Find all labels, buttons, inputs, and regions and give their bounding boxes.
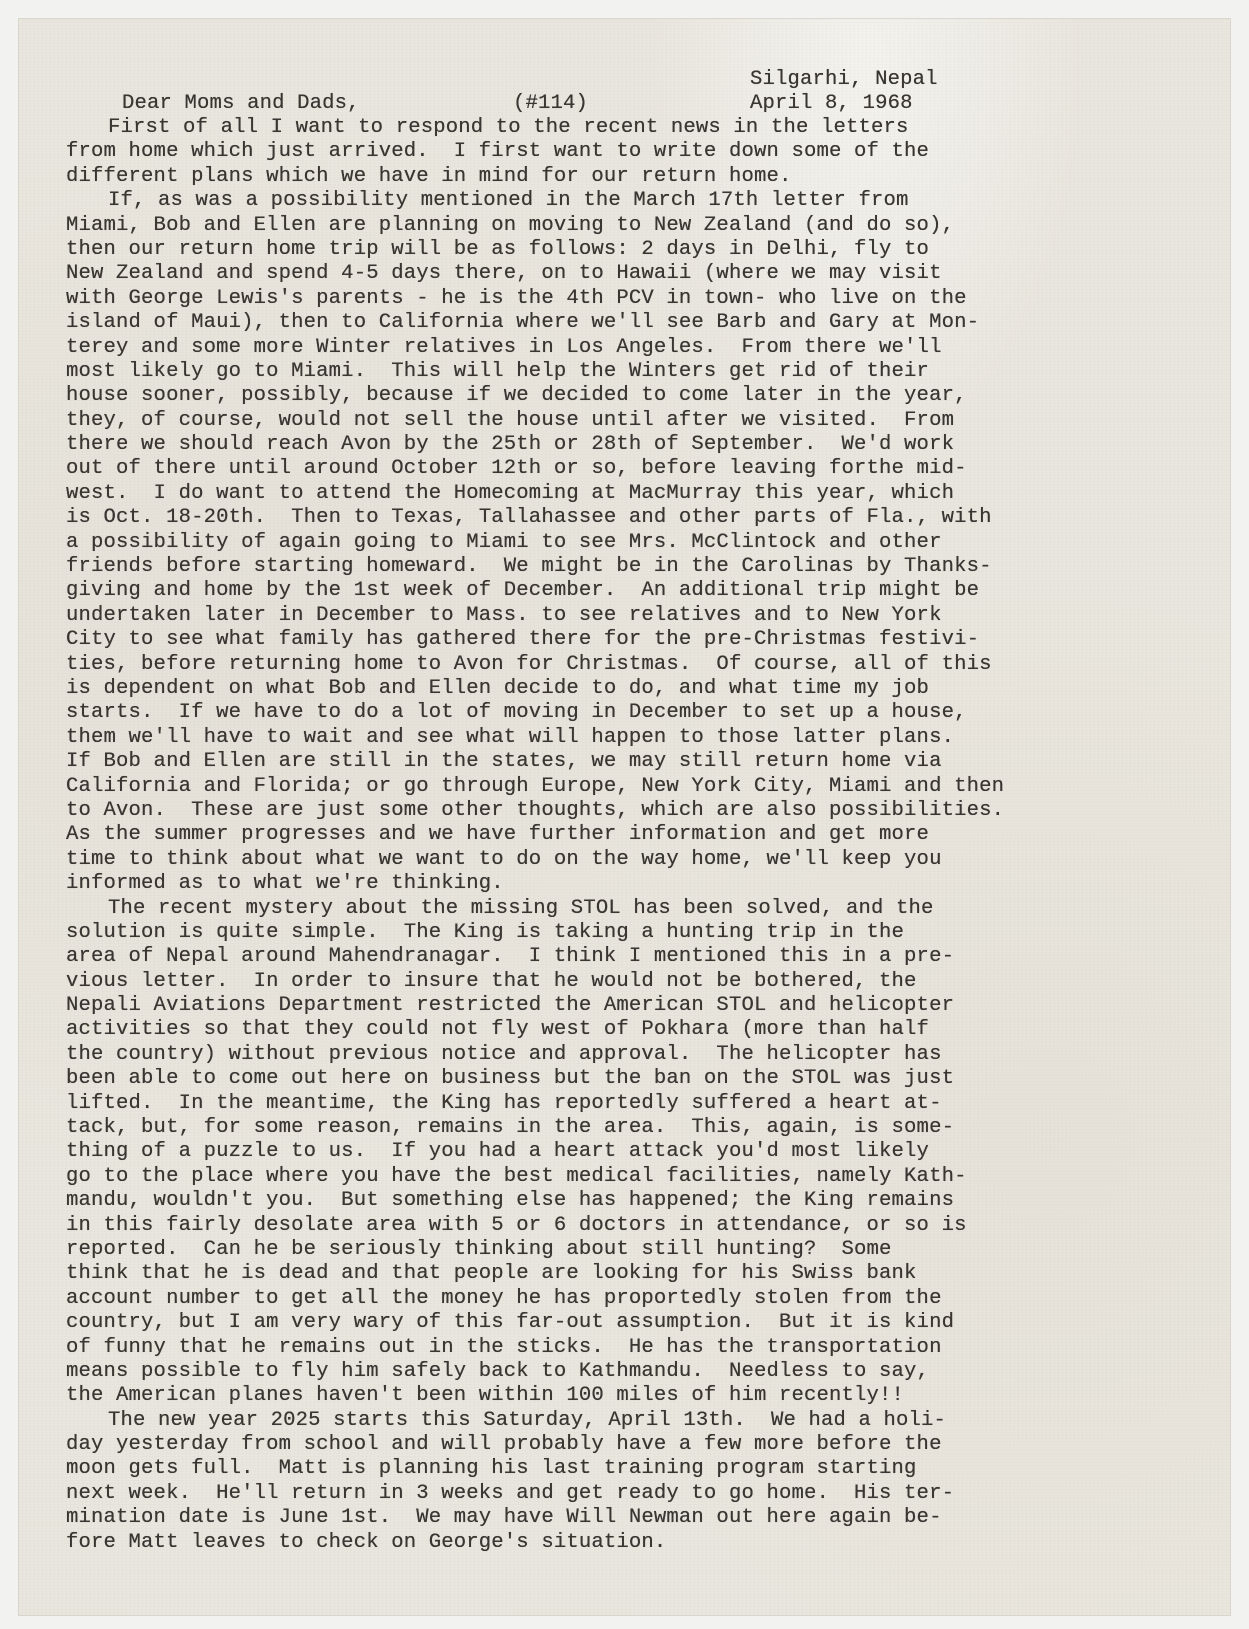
letter-line: undertaken later in December to Mass. to… <box>66 604 1004 628</box>
letter-line: of funny that he remains out in the stic… <box>66 1336 1004 1360</box>
letter-line: California and Florida; or go through Eu… <box>66 775 1004 799</box>
letter-line: they, of course, would not sell the hous… <box>66 409 1004 433</box>
letter-line: the American planes haven't been within … <box>66 1384 1004 1408</box>
letter-line: day yesterday from school and will proba… <box>66 1433 1004 1457</box>
letter-line: the country) without previous notice and… <box>66 1043 1004 1067</box>
letter-line: them we'll have to wait and see what wil… <box>66 726 1004 750</box>
letter-line: there we should reach Avon by the 25th o… <box>66 433 1004 457</box>
letter-line: out of there until around October 12th o… <box>66 457 1004 481</box>
letter-line: solution is quite simple. The King is ta… <box>66 921 1004 945</box>
letter-line: mination date is June 1st. We may have W… <box>66 1506 1004 1530</box>
letter-line: most likely go to Miami. This will help … <box>66 360 1004 384</box>
letter-line: time to think about what we want to do o… <box>66 848 1004 872</box>
letter-page: Silgarhi, Nepal Dear Moms and Dads, (#11… <box>18 18 1231 1616</box>
letter-line: The new year 2025 starts this Saturday, … <box>66 1409 1004 1433</box>
letter-line: terey and some more Winter relatives in … <box>66 336 1004 360</box>
letter-line: If Bob and Ellen are still in the states… <box>66 750 1004 774</box>
letter-line: think that he is dead and that people ar… <box>66 1262 1004 1286</box>
letter-line: thing of a puzzle to us. If you had a he… <box>66 1140 1004 1164</box>
letter-line: with George Lewis's parents - he is the … <box>66 287 1004 311</box>
letter-line: informed as to what we're thinking. <box>66 872 1004 896</box>
letter-line: is dependent on what Bob and Ellen decid… <box>66 677 1004 701</box>
letter-line: area of Nepal around Mahendranagar. I th… <box>66 945 1004 969</box>
letter-body: First of all I want to respond to the re… <box>66 116 1004 1555</box>
letter-line: country, but I am very wary of this far-… <box>66 1311 1004 1335</box>
letter-line: friends before starting homeward. We mig… <box>66 555 1004 579</box>
letter-line: account number to get all the money he h… <box>66 1287 1004 1311</box>
letter-line: house sooner, possibly, because if we de… <box>66 384 1004 408</box>
letter-line: ties, before returning home to Avon for … <box>66 653 1004 677</box>
letter-line: different plans which we have in mind fo… <box>66 165 1004 189</box>
letter-line: is Oct. 18-20th. Then to Texas, Tallahas… <box>66 506 1004 530</box>
sender-location: Silgarhi, Nepal <box>750 68 938 92</box>
letter-line: from home which just arrived. I first wa… <box>66 140 1004 164</box>
letter-line: means possible to fly him safely back to… <box>66 1360 1004 1384</box>
letter-line: The recent mystery about the missing STO… <box>66 897 1004 921</box>
letter-line: island of Maui), then to California wher… <box>66 311 1004 335</box>
letter-line: then our return home trip will be as fol… <box>66 238 1004 262</box>
letter-line: New Zealand and spend 4-5 days there, on… <box>66 262 1004 286</box>
letter-line: As the summer progresses and we have fur… <box>66 823 1004 847</box>
letter-line: moon gets full. Matt is planning his las… <box>66 1457 1004 1481</box>
letter-line: go to the place where you have the best … <box>66 1165 1004 1189</box>
letter-line: lifted. In the meantime, the King has re… <box>66 1092 1004 1116</box>
letter-line: starts. If we have to do a lot of moving… <box>66 701 1004 725</box>
letter-line: to Avon. These are just some other thoug… <box>66 799 1004 823</box>
letter-line: City to see what family has gathered the… <box>66 628 1004 652</box>
letter-date: April 8, 1968 <box>750 92 913 116</box>
letter-line: Nepali Aviations Department restricted t… <box>66 994 1004 1018</box>
letter-line: If, as was a possibility mentioned in th… <box>66 189 1004 213</box>
letter-line: next week. He'll return in 3 weeks and g… <box>66 1482 1004 1506</box>
letter-line: west. I do want to attend the Homecoming… <box>66 482 1004 506</box>
letter-line: giving and home by the 1st week of Decem… <box>66 579 1004 603</box>
letter-line: First of all I want to respond to the re… <box>66 116 1004 140</box>
letter-number: (#114) <box>513 92 588 116</box>
letter-line: fore Matt leaves to check on George's si… <box>66 1531 1004 1555</box>
letter-line: in this fairly desolate area with 5 or 6… <box>66 1214 1004 1238</box>
letter-line: mandu, wouldn't you. But something else … <box>66 1189 1004 1213</box>
letter-line: a possibility of again going to Miami to… <box>66 531 1004 555</box>
letter-line: been able to come out here on business b… <box>66 1067 1004 1091</box>
letter-line: Miami, Bob and Ellen are planning on mov… <box>66 214 1004 238</box>
salutation: Dear Moms and Dads, <box>122 92 360 116</box>
letter-line: reported. Can he be seriously thinking a… <box>66 1238 1004 1262</box>
letter-line: tack, but, for some reason, remains in t… <box>66 1116 1004 1140</box>
letter-line: vious letter. In order to insure that he… <box>66 970 1004 994</box>
letter-line: activities so that they could not fly we… <box>66 1018 1004 1042</box>
